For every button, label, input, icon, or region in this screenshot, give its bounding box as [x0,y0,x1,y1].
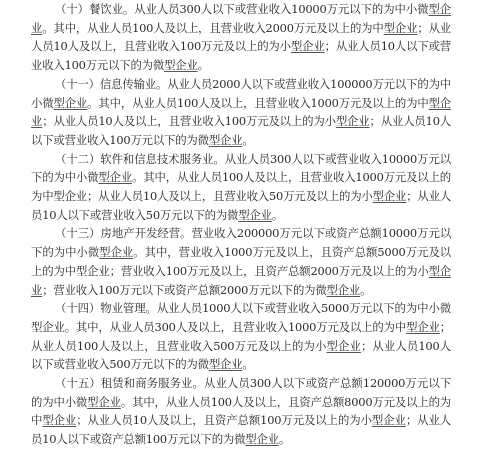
paragraph-text: 。 [360,283,371,297]
underlined-term[interactable]: 型企业 [336,114,370,128]
paragraph-text: 。其中，从业人员100人及以上，且营业收入2000万元及以上的为中 [42,21,383,35]
underlined-term[interactable]: 型企业 [373,189,407,203]
underlined-term[interactable]: 型企业 [327,283,361,297]
paragraph-text: 。 [242,133,253,147]
industry-name: 软件和信息技术服务业。 [100,152,224,166]
underlined-term[interactable]: 型企业 [245,432,279,446]
industry-name: 信息传输业。 [100,77,167,91]
paragraph-15-leasing-business-services: （十五）租赁和商务服务业。从业人员300人以下或资产总额120000万元以下的为… [31,374,451,449]
section-number: （十） [55,2,89,16]
paragraph-13-real-estate: （十三）房地产开发经营。营业收入200000万元以下或资产总额10000万元以下… [31,224,451,299]
section-number: （十五） [55,376,101,390]
section-number: （十一） [55,77,100,91]
underlined-term[interactable]: 型企业 [42,413,76,427]
underlined-term[interactable]: 型企业 [209,133,243,147]
underlined-term[interactable]: 型企业 [164,58,198,72]
document-body: （十）餐饮业。从业人员300人以下或营业收入10000万元以下的为中小微型企业。… [0,0,451,449]
underlined-term[interactable]: 型企业 [384,21,418,35]
paragraph-text: ；营业收入100万元以下或资产总额2000万元以下的为微 [42,283,326,297]
paragraph-text: 。 [242,357,253,371]
paragraph-text: 从业人员300人以下或营业收入10000万元以下的为中小微 [134,2,428,16]
underlined-term[interactable]: 型企业 [209,357,243,371]
paragraph-10-catering: （十）餐饮业。从业人员300人以下或营业收入10000万元以下的为中小微型企业。… [31,0,451,75]
section-number: （十二） [55,152,100,166]
paragraph-text: 。其中，从业人员100人及以上，且营业收入1000万元及以上的为中 [87,96,428,110]
underlined-term[interactable]: 型企业 [87,395,121,409]
paragraph-12-software-it-services: （十二）软件和信息技术服务业。从业人员300人以下或营业收入10000万元以下的… [31,150,451,225]
underlined-term[interactable]: 型企业 [327,339,361,353]
paragraph-14-property-management: （十四）物业管理。从业人员1000人以下或营业收入5000万元以下的为中小微型企… [31,299,451,374]
underlined-term[interactable]: 型企业 [406,320,440,334]
underlined-term[interactable]: 型企业 [291,39,325,53]
paragraph-text: 。 [272,208,283,222]
paragraph-text: 。 [198,58,209,72]
underlined-term[interactable]: 型企业 [99,245,133,259]
industry-name: 租赁和商务服务业。 [101,376,204,390]
underlined-term[interactable]: 型企业 [238,208,272,222]
industry-name: 房地产开发经营。 [100,226,191,240]
underlined-term[interactable]: 型企业 [98,170,132,184]
paragraph-text: 。 [279,432,290,446]
industry-name: 餐饮业。 [89,2,134,16]
paragraph-11-information-transmission: （十一）信息传输业。从业人员2000人以下或营业收入100000万元以下的为中小… [31,75,451,150]
paragraph-text: ；从业人员10人及以上，且营业收入100万元及以上的为小 [42,114,336,128]
section-number: （十四） [55,301,100,315]
underlined-term[interactable]: 型企业 [372,413,406,427]
underlined-term[interactable]: 型企业 [53,96,87,110]
industry-name: 物业管理。 [100,301,157,315]
section-number: （十三） [55,226,100,240]
paragraph-text: ；从业人员10人及以上，且资产总额100万元及以上的为小 [76,413,372,427]
